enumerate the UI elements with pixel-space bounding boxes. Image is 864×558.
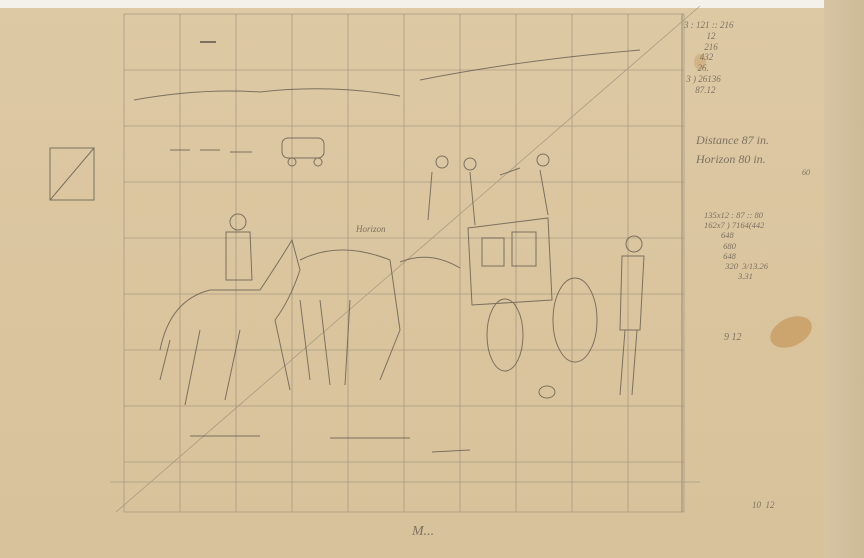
bottom-numbers: 10 12 — [752, 500, 775, 511]
small-number-60: 60 — [802, 168, 810, 178]
horizon-label: Horizon 80 in. — [696, 152, 766, 166]
sketch-sheet: 3 : 121 :: 216 12 216 432 26. 3 ) 26136 … — [0, 0, 864, 558]
bottom-signature: M... — [412, 524, 434, 541]
horizon-marker: Horizon — [356, 224, 386, 235]
note-912: 9 12 — [724, 332, 742, 344]
calculation-mid: 135x12 : 87 :: 80 162x7 ) 7164(442 648 6… — [704, 210, 768, 281]
distance-label: Distance 87 in. — [696, 133, 769, 147]
calculation-top: 3 : 121 :: 216 12 216 432 26. 3 ) 26136 … — [684, 20, 734, 96]
stain — [765, 310, 817, 354]
